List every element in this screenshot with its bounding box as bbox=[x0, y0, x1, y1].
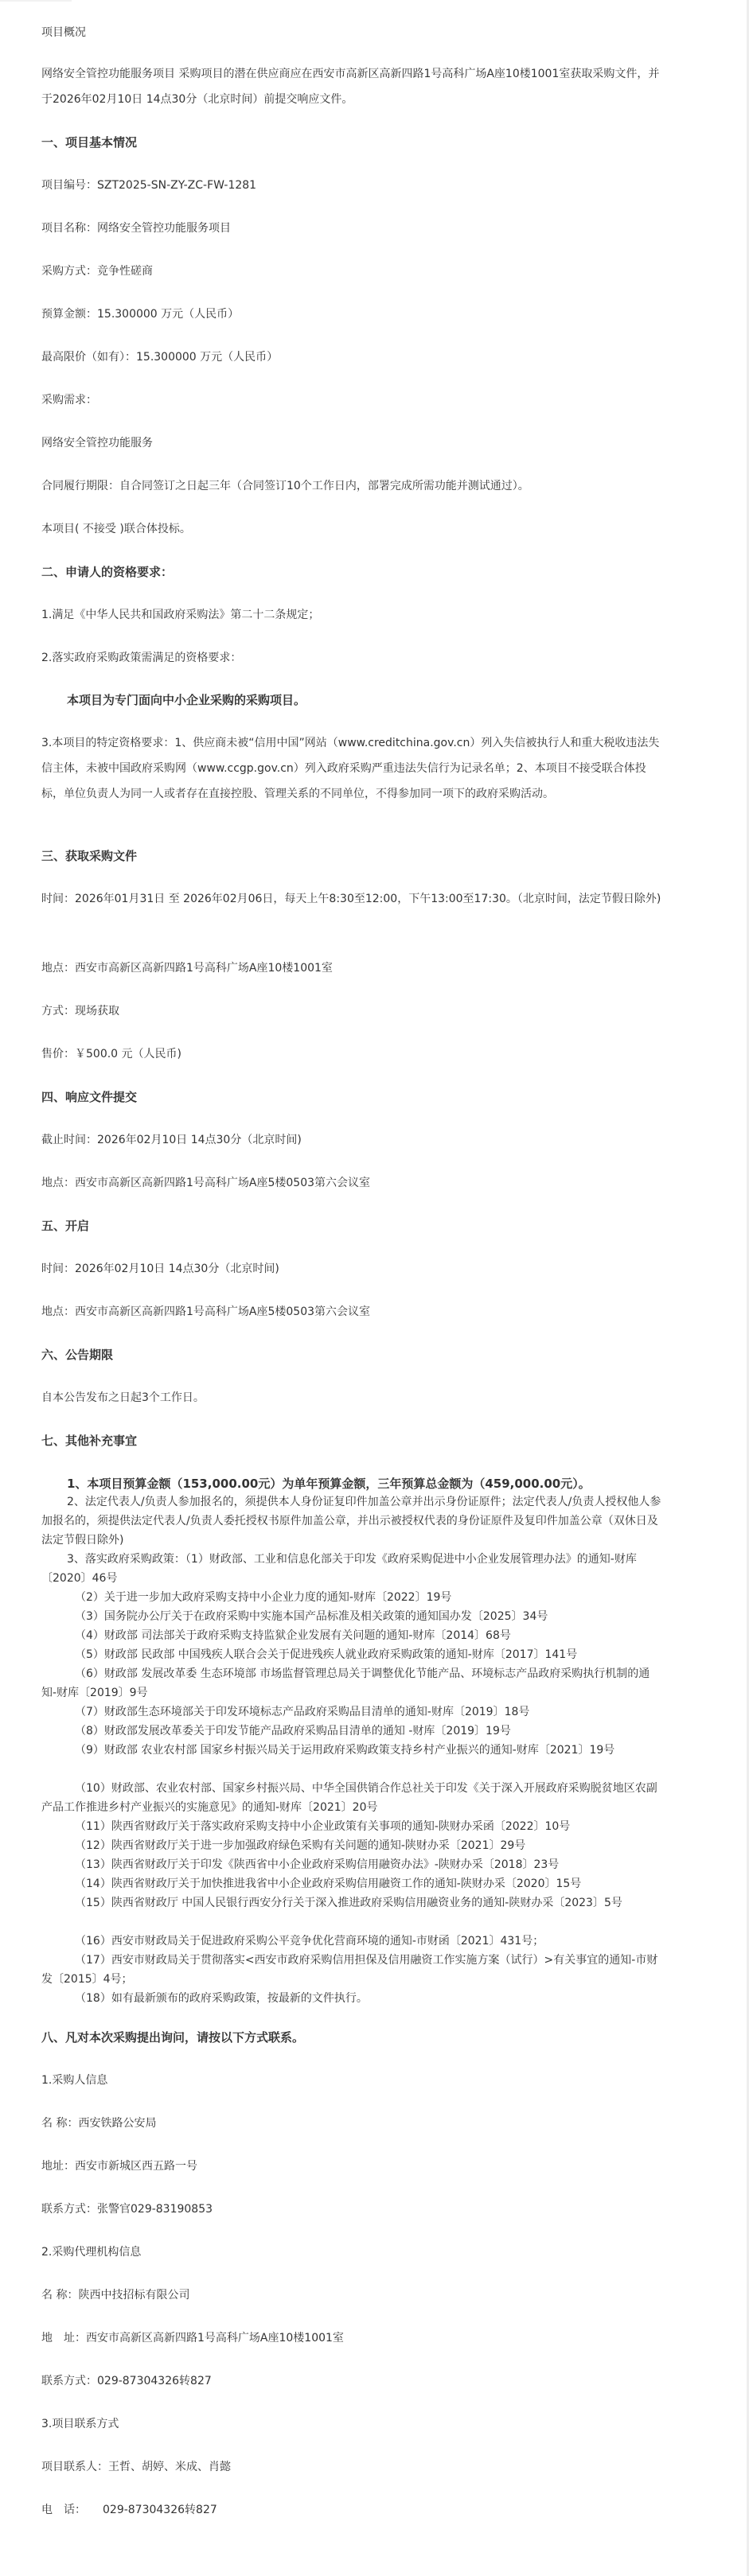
opening-time: 时间：2026年02月10日 14点30分（北京时间) bbox=[41, 1263, 662, 1274]
top-divider bbox=[0, 0, 72, 2]
agency-address: 地 址：西安市高新区高新四路1号高科广场A座10楼1001室 bbox=[41, 2333, 662, 2344]
purchaser-contact: 联系方式：张警官029-83190853 bbox=[41, 2204, 662, 2215]
procurement-method: 采购方式：竞争性磋商 bbox=[41, 266, 662, 277]
consortium-note: 本项目( 不接受 )联合体投标。 bbox=[41, 523, 662, 535]
obtain-method: 方式：现场获取 bbox=[41, 1006, 662, 1017]
announcement-page: 项目概况 网络安全管控功能服务项目 采购项目的潜在供应商应在西安市高新区高新四路… bbox=[0, 0, 747, 2576]
policy-item: （8）财政部发展改革委关于印发节能产品政府采购品目清单的通知 -财库〔2019〕… bbox=[41, 1722, 662, 1741]
section7-heading: 七、其他补充事宜 bbox=[41, 1435, 662, 1446]
policy-item: （2）关于进一步加大政府采购支持中小企业力度的通知-财库〔2022〕19号 bbox=[41, 1588, 662, 1607]
agency-contact: 联系方式：029-87304326转827 bbox=[41, 2376, 662, 2387]
demand-text: 网络安全管控功能服务 bbox=[41, 438, 662, 449]
section3-heading: 三、获取采购文件 bbox=[41, 850, 662, 862]
overview-title: 项目概况 bbox=[41, 27, 662, 38]
policy-item: （7）财政部生态环境部关于印发环境标志产品政府采购品目清单的通知-财库〔2019… bbox=[41, 1702, 662, 1722]
contract-period: 合同履行期限：自合同签订之日起三年（合同签订10个工作日内，部署完成所需功能并测… bbox=[41, 481, 662, 492]
section4-heading: 四、响应文件提交 bbox=[41, 1091, 662, 1103]
agency-name: 名 称：陕西中技招标有限公司 bbox=[41, 2290, 662, 2301]
policy-item: （17）西安市财政局关于贯彻落实<西安市政府采购信用担保及信用融资工作实施方案（… bbox=[41, 1951, 662, 1989]
supplement-item-2: 2、法定代表人/负责人参加报名的，须提供本人身份证复印件加盖公章并出示身份证原件… bbox=[41, 1492, 662, 1550]
sme-note: 本项目为专门面向中小企业采购的采购项目。 bbox=[41, 695, 688, 706]
policy-item: （5）财政部 民政部 中国残疾人联合会关于促进残疾人就业政府采购政策的通知-财库… bbox=[41, 1645, 662, 1664]
budget-amount: 预算金额：15.300000 万元（人民币） bbox=[41, 309, 662, 320]
section6-heading: 六、公告期限 bbox=[41, 1349, 662, 1360]
project-contact-people: 项目联系人：王哲、胡婷、米成、肖懿 bbox=[41, 2461, 662, 2473]
section5-heading: 五、开启 bbox=[41, 1220, 662, 1232]
policy-item: （12）陕西省财政厅关于进一步加强政府绿色采购有关问题的通知-陕财办采〔2021… bbox=[41, 1836, 662, 1855]
opening-place: 地点：西安市高新区高新四路1号高科广场A座5楼0503第六会议室 bbox=[41, 1306, 662, 1317]
policy-item: （18）如有最新颁布的政府采购政策，按最新的文件执行。 bbox=[41, 1989, 662, 2008]
section8-heading: 八、凡对本次采购提出询问，请按以下方式联系。 bbox=[41, 2032, 662, 2043]
supplement-item-1: 1、本项目预算金额（153,000.00元）为单年预算金额，三年预算总金额为（4… bbox=[41, 1478, 688, 1489]
section1-heading: 一、项目基本情况 bbox=[41, 137, 662, 148]
policy-item: （6）财政部 发展改革委 生态环境部 市场监督管理总局关于调整优化节能产品、环境… bbox=[41, 1664, 662, 1702]
qualification-item-3: 3.本项目的特定资格要求：1、供应商未被“信用中国”网站（www.creditc… bbox=[41, 730, 662, 807]
demand-label: 采购需求： bbox=[41, 395, 662, 406]
max-price: 最高限价（如有）：15.300000 万元（人民币） bbox=[41, 352, 662, 363]
policy-item: （4）财政部 司法部关于政府采购支持监狱企业发展有关问题的通知-财库〔2014〕… bbox=[41, 1626, 662, 1645]
policy-item: （13）陕西省财政厅关于印发《陕西省中小企业政府采购信用融资办法》-陕财办采〔2… bbox=[41, 1855, 662, 1874]
purchaser-title: 1.采购人信息 bbox=[41, 2075, 662, 2086]
submit-place: 地点：西安市高新区高新四路1号高科广场A座5楼0503第六会议室 bbox=[41, 1177, 662, 1189]
policy-item: （10）财政部、农业农村部、国家乡村振兴局、中华全国供销合作总社关于印发《关于深… bbox=[41, 1779, 662, 1817]
purchaser-address: 地址：西安市新城区西五路一号 bbox=[41, 2161, 662, 2172]
policy-item: （11）陕西省财政厅关于落实政府采购支持中小企业政策有关事项的通知-陕财办采函〔… bbox=[41, 1817, 662, 1836]
notice-period: 自本公告发布之日起3个工作日。 bbox=[41, 1392, 662, 1403]
submit-deadline: 截止时间：2026年02月10日 14点30分（北京时间) bbox=[41, 1134, 662, 1146]
policy-item: （15）陕西省财政厅 中国人民银行西安分行关于深入推进政府采购信用融资业务的通知… bbox=[41, 1893, 662, 1913]
project-contact-phone: 电 话： 029-87304326转827 bbox=[41, 2504, 662, 2516]
purchaser-name: 名 称：西安铁路公安局 bbox=[41, 2118, 662, 2129]
policy-item: （3）国务院办公厅关于在政府采购中实施本国产品标准及相关政策的通知国办发〔202… bbox=[41, 1607, 662, 1626]
policy-item: （9）财政部 农业农村部 国家乡村振兴局关于运用政府采购政策支持乡村产业振兴的通… bbox=[41, 1741, 662, 1760]
supplement-item-3-intro: 3、落实政府采购政策：（1）财政部、工业和信息化部关于印发《政府采购促进中小企业… bbox=[41, 1550, 662, 1588]
qualification-item-1: 1.满足《中华人民共和国政府采购法》第二十二条规定； bbox=[41, 609, 662, 621]
project-number: 项目编号：SZT2025-SN-ZY-ZC-FW-1281 bbox=[41, 180, 662, 191]
obtain-place: 地点：西安市高新区高新四路1号高科广场A座10楼1001室 bbox=[41, 963, 662, 974]
document-price: 售价：￥500.0 元（人民币) bbox=[41, 1049, 662, 1060]
section2-heading: 二、申请人的资格要求： bbox=[41, 566, 662, 578]
qualification-item-2: 2.落实政府采购政策需满足的资格要求： bbox=[41, 652, 662, 663]
overview-intro: 网络安全管控功能服务项目 采购项目的潜在供应商应在西安市高新区高新四路1号高科广… bbox=[41, 61, 662, 112]
policy-item: （16）西安市财政局关于促进政府采购公平竞争优化营商环境的通知-市财函〔2021… bbox=[41, 1932, 662, 1951]
policy-item: （14）陕西省财政厅关于加快推进我省中小企业政府采购信用融资工作的通知-陕财办采… bbox=[41, 1874, 662, 1893]
project-contact-title: 3.项目联系方式 bbox=[41, 2418, 662, 2430]
obtain-time: 时间：2026年01月31日 至 2026年02月06日，每天上午8:30至12… bbox=[41, 886, 662, 912]
project-name: 项目名称：网络安全管控功能服务项目 bbox=[41, 223, 662, 234]
agency-title: 2.采购代理机构信息 bbox=[41, 2247, 662, 2258]
